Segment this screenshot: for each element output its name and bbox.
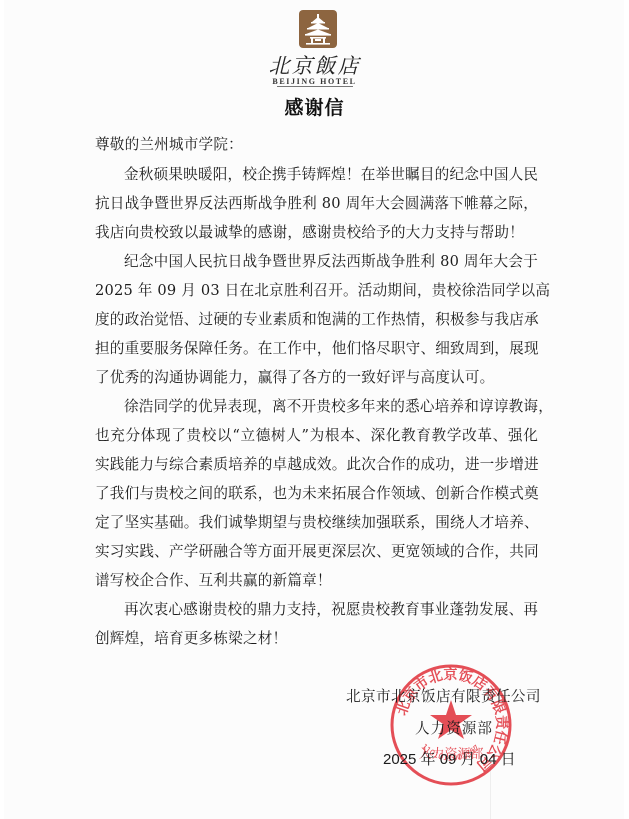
letter-title: 感谢信: [0, 93, 629, 120]
body-line: 度的政治觉悟、过硬的专业素质和饱满的工作热情，积极参与我店承: [95, 308, 538, 329]
body-line: 金秋硕果映暖阳，校企携手铸辉煌！在举世瞩目的纪念中国人民: [124, 163, 538, 184]
body-line: 谱写校企合作、互利共赢的新篇章！: [95, 569, 332, 590]
body-line: 定了坚实基础。我们诚挚期望与贵校继续加强联系，围绕人才培养、: [95, 511, 538, 532]
body-line: 徐浩同学的优异表现，离不开贵校多年来的悉心培养和谆谆教诲，: [124, 395, 538, 416]
body-line: 纪念中国人民抗日战争暨世界反法西斯战争胜利 80 周年大会于: [124, 250, 538, 271]
pagoda-icon: [299, 10, 337, 48]
body-line: 也充分体现了贵校以“立德树人”为根本、深化教育教学改革、强化: [95, 424, 538, 445]
body-line: 再次衷心感谢贵校的鼎力支持，祝愿贵校教育事业蓬勃发展、再: [124, 598, 538, 619]
body-line: 2025 年 09 月 03 日在北京胜利召开。活动期间，贵校徐浩同学以高: [95, 279, 538, 300]
signature-organization: 北京市北京饭店有限责任公司: [346, 685, 541, 706]
brand-divider: [277, 86, 353, 87]
signature-department: 人力资源部: [415, 717, 493, 738]
body-line: 了优秀的沟通协调能力，赢得了各方的一致好评与高度认可。: [95, 366, 494, 387]
body-line: 了我们与贵校之间的联系，也为未来拓展合作领域、创新合作模式奠: [95, 482, 538, 503]
beijing-hotel-logo-icon: [299, 10, 337, 48]
body-line: 实习实践、产学研融合等方面开展更深层次、更宽领域的合作，共同: [95, 540, 538, 561]
brand-name-en: BEIJING HOTEL: [0, 77, 629, 86]
brand-name-cn: 北京飯店: [0, 50, 629, 80]
body-line: 创辉煌，培育更多栋梁之材！: [95, 627, 287, 648]
body-line: 我店向贵校致以最诚挚的感谢，感谢贵校给予的大力支持与帮助！: [95, 221, 524, 242]
salutation: 尊敬的兰州城市学院：: [95, 133, 243, 154]
body-line: 担的重要服务保障任务。在工作中，他们恪尽职守、细致周到，展现: [95, 337, 538, 358]
body-line: 抗日战争暨世界反法西斯战争胜利 80 周年大会圆满落下帷幕之际，: [95, 192, 538, 213]
body-line: 实践能力与综合素质培养的卓越成效。此次合作的成功，进一步增进: [95, 453, 538, 474]
signature-date: 2025 年 09 月 04 日: [383, 748, 516, 769]
